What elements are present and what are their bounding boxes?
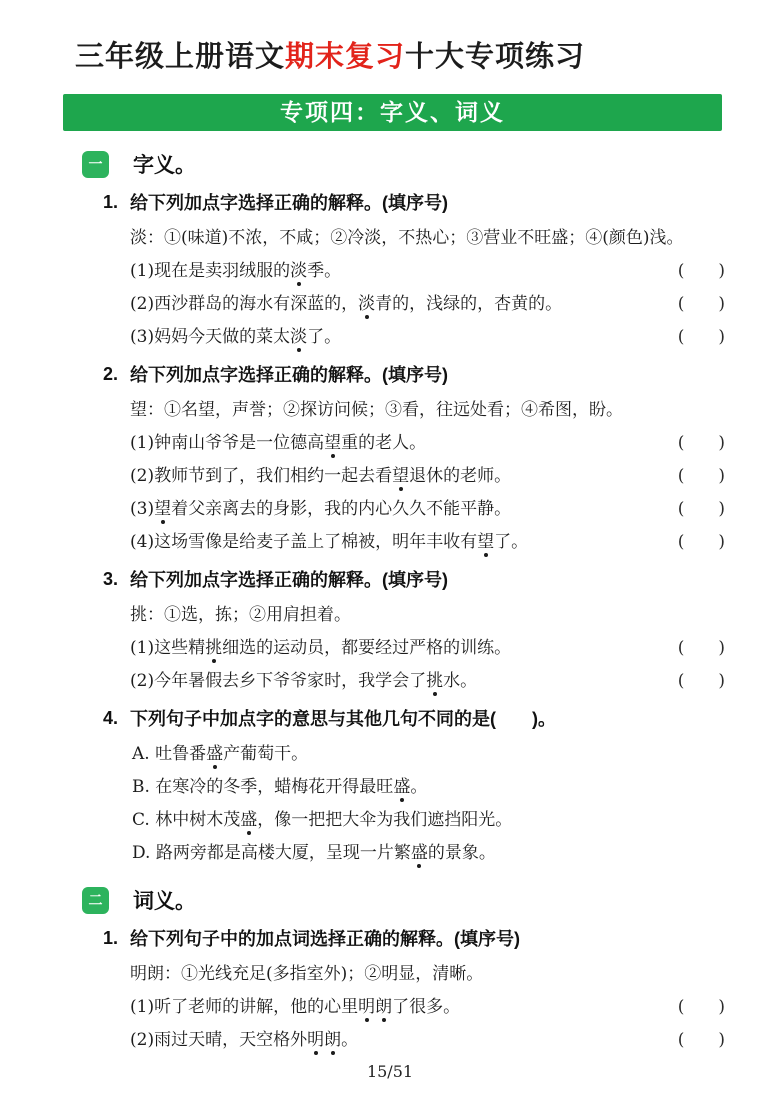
definition-line: 挑：①选，拣；②用肩担着。	[130, 596, 727, 629]
answer-blank: ( )	[678, 461, 727, 486]
question-2: 2. 给下列加点字选择正确的解释。(填序号) 望：①名望，声誉；②探访问候；③看…	[103, 357, 727, 556]
sentence-line: (2)雨过天晴，天空格外明朗。 ( )	[130, 1021, 727, 1054]
question-header: 4. 下列句子中加点字的意思与其他几句不同的是( )。	[103, 701, 727, 735]
title-part-red: 期末复习	[285, 39, 405, 73]
sentence-line: (2)今年暑假去乡下爷爷家时，我学会了挑水。 ( )	[130, 662, 727, 695]
option-c: C. 林中树木茂盛，像一把把大伞为我们遮挡阳光。	[132, 801, 727, 834]
section-badge-two: 二	[82, 887, 109, 914]
section2-question-1: 1. 给下列句子中的加点词选择正确的解释。(填序号) 明朗：①光线充足(多指室外…	[103, 921, 727, 1054]
sentence-line: (2)教师节到了，我们相约一起去看望退休的老师。 ( )	[130, 457, 727, 490]
option-d: D. 路两旁都是高楼大厦，呈现一片繁盛的景象。	[132, 834, 727, 867]
option-text: C. 林中树木茂盛，像一把把大伞为我们遮挡阳光。	[132, 805, 512, 830]
question-4: 4. 下列句子中加点字的意思与其他几句不同的是( )。 A. 吐鲁番盛产葡萄干。…	[103, 701, 727, 867]
option-b: B. 在寒冷的冬季，蜡梅花开得最旺盛。	[132, 768, 727, 801]
sentence-line: (4)这场雪像是给麦子盖上了棉被，明年丰收有望了。 ( )	[130, 523, 727, 556]
answer-blank: ( )	[678, 1025, 727, 1050]
question-prompt: 给下列加点字选择正确的解释。(填序号)	[130, 189, 448, 215]
definition-line: 淡：①(味道)不浓，不咸；②冷淡，不热心；③营业不旺盛；④(颜色)浅。	[130, 219, 727, 252]
worksheet-page: 三年级上册语文期末复习十大专项练习 专项四：字义、词义 一 字义。 1. 给下列…	[0, 0, 780, 1103]
sentence-line: (1)听了老师的讲解，他的心里明朗了很多。 ( )	[130, 988, 727, 1021]
question-header: 3. 给下列加点字选择正确的解释。(填序号)	[103, 562, 727, 596]
answer-blank: ( )	[678, 494, 727, 519]
section-title: 词义。	[133, 885, 196, 915]
answer-blank: ( )	[678, 527, 727, 552]
question-header: 1. 给下列句子中的加点词选择正确的解释。(填序号)	[103, 921, 727, 955]
question-header: 2. 给下列加点字选择正确的解释。(填序号)	[103, 357, 727, 391]
answer-blank: ( )	[678, 256, 727, 281]
section-header-ciyi: 二 词义。	[82, 885, 780, 915]
page-number: 15/51	[0, 1062, 780, 1081]
question-prompt: 给下列加点字选择正确的解释。(填序号)	[130, 361, 448, 387]
title-part-black2: 十大专项练习	[405, 39, 585, 73]
answer-blank: ( )	[678, 633, 727, 658]
sentence-line: (1)现在是卖羽绒服的淡季。 ( )	[130, 252, 727, 285]
page-title: 三年级上册语文期末复习十大专项练习	[75, 36, 780, 76]
sentence-text: (2)今年暑假去乡下爷爷家时，我学会了挑水。	[130, 666, 477, 691]
sentence-line: (2)西沙群岛的海水有深蓝的，淡青的，浅绿的，杏黄的。 ( )	[130, 285, 727, 318]
answer-blank: ( )	[678, 992, 727, 1017]
sentence-text: (3)望着父亲离去的身影，我的内心久久不能平静。	[130, 494, 511, 519]
question-number: 4.	[103, 708, 130, 729]
sentence-line: (3)妈妈今天做的菜太淡了。 ( )	[130, 318, 727, 351]
option-text: B. 在寒冷的冬季，蜡梅花开得最旺盛。	[132, 772, 427, 797]
sentence-text: (1)钟南山爷爷是一位德高望重的老人。	[130, 428, 426, 453]
sentence-text: (2)教师节到了，我们相约一起去看望退休的老师。	[130, 461, 511, 486]
question-number: 1.	[103, 192, 130, 213]
option-text: D. 路两旁都是高楼大厦，呈现一片繁盛的景象。	[132, 838, 496, 863]
sentence-line: (3)望着父亲离去的身影，我的内心久久不能平静。 ( )	[130, 490, 727, 523]
question-prompt: 给下列句子中的加点词选择正确的解释。(填序号)	[130, 925, 520, 951]
option-a: A. 吐鲁番盛产葡萄干。	[132, 735, 727, 768]
answer-blank: ( )	[678, 322, 727, 347]
sentence-text: (2)雨过天晴，天空格外明朗。	[130, 1025, 358, 1050]
sentence-text: (1)现在是卖羽绒服的淡季。	[130, 256, 341, 281]
sentence-text: (3)妈妈今天做的菜太淡了。	[130, 322, 341, 347]
sentence-text: (1)听了老师的讲解，他的心里明朗了很多。	[130, 992, 460, 1017]
sentence-line: (1)这些精挑细选的运动员，都要经过严格的训练。 ( )	[130, 629, 727, 662]
sentence-text: (1)这些精挑细选的运动员，都要经过严格的训练。	[130, 633, 511, 658]
question-1: 1. 给下列加点字选择正确的解释。(填序号) 淡：①(味道)不浓，不咸；②冷淡，…	[103, 185, 727, 351]
section-badge-one: 一	[82, 151, 109, 178]
question-number: 3.	[103, 569, 130, 590]
question-prompt: 给下列加点字选择正确的解释。(填序号)	[130, 566, 448, 592]
definition-line: 明朗：①光线充足(多指室外)；②明显，清晰。	[130, 955, 727, 988]
answer-blank: ( )	[678, 289, 727, 314]
sentence-line: (1)钟南山爷爷是一位德高望重的老人。 ( )	[130, 424, 727, 457]
option-text: A. 吐鲁番盛产葡萄干。	[132, 739, 308, 764]
question-number: 1.	[103, 928, 130, 949]
title-part-black1: 三年级上册语文	[75, 39, 285, 73]
question-3: 3. 给下列加点字选择正确的解释。(填序号) 挑：①选，拣；②用肩担着。 (1)…	[103, 562, 727, 695]
definition-line: 望：①名望，声誉；②探访问候；③看，往远处看；④希图，盼。	[130, 391, 727, 424]
answer-blank: ( )	[678, 428, 727, 453]
sentence-text: (2)西沙群岛的海水有深蓝的，淡青的，浅绿的，杏黄的。	[130, 289, 562, 314]
section-title: 字义。	[133, 149, 196, 179]
question-number: 2.	[103, 364, 130, 385]
question-prompt: 下列句子中加点字的意思与其他几句不同的是( )。	[130, 705, 556, 731]
question-header: 1. 给下列加点字选择正确的解释。(填序号)	[103, 185, 727, 219]
sentence-text: (4)这场雪像是给麦子盖上了棉被，明年丰收有望了。	[130, 527, 528, 552]
section-banner: 专项四：字义、词义	[63, 94, 722, 131]
section-header-ziyi: 一 字义。	[82, 149, 780, 179]
answer-blank: ( )	[678, 666, 727, 691]
